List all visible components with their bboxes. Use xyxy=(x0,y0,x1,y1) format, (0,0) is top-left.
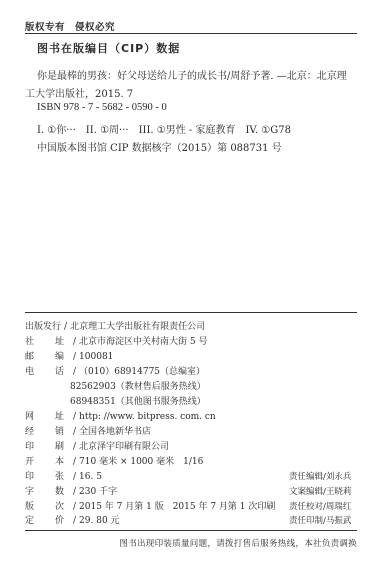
imprint-row-sheets: 印张/16. 5 xyxy=(25,470,102,484)
cip-title: 图书在版编目（CIP）数据 xyxy=(37,40,180,56)
imprint-row-publisher: 出版发行/北京理工大学出版社有限责任公司 xyxy=(25,320,205,334)
imprint-row-edition: 版次/2015 年 7 月第 1 版 2015 年 7 月第 1 次印刷 xyxy=(25,500,275,514)
credit-responsible-editor: 责任编辑/刘永兵 xyxy=(289,470,351,484)
piracy-warning-text: 侵权必究 xyxy=(75,22,115,33)
credit-print-supervisor: 责任印制/马振武 xyxy=(289,514,351,528)
imprint-divider-top xyxy=(25,312,357,313)
imprint-row-address: 社址/北京市海淀区中关村南大街 5 号 xyxy=(25,335,208,349)
copyright-notice: 版权专有侵权必究 xyxy=(25,19,115,33)
imprint-divider-bottom xyxy=(25,530,357,531)
row-value: 2015 年 7 月第 1 版 2015 年 7 月第 1 次印刷 xyxy=(79,502,275,512)
imprint-row-price: 定价/29. 80 元 xyxy=(25,514,120,528)
row-value: http: //www. bitpress. com. cn xyxy=(79,412,216,422)
row-value: 北京泽宇印刷有限公司 xyxy=(79,442,169,452)
row-value: 68948351（其他图书服务热线） xyxy=(25,395,206,409)
row-value: 北京市海淀区中关村南大街 5 号 xyxy=(79,337,207,347)
row-label: 出版发行 xyxy=(25,322,61,332)
row-value: 北京理工大学出版社有限责任公司 xyxy=(70,322,205,332)
row-value: 100081 xyxy=(79,352,113,362)
isbn: ISBN 978 - 7 - 5682 - 0590 - 0 xyxy=(37,102,167,113)
cip-record-line-1: 你是最棒的男孩：好父母送给儿子的成长书/周舒予著. —北京：北京理 xyxy=(37,67,347,82)
row-value: 82562903（教材售后服务热线） xyxy=(25,380,206,394)
imprint-row-website: 网址/http: //www. bitpress. com. cn xyxy=(25,410,216,424)
cip-record-line-2: 工大学出版社，2015. 7 xyxy=(25,85,133,100)
imprint-row-phone: 电话/（010）68914775（总编室） xyxy=(25,365,205,379)
credit-proofreader: 责任校对/周瑞红 xyxy=(289,500,351,514)
row-value: （010）68914775（总编室） xyxy=(79,367,205,377)
quality-notice: 图书出现印装质量问题，请拨打售后服务热线，本社负责调换 xyxy=(119,537,357,549)
imprint-row-word-count: 字数/230 千字 xyxy=(25,485,117,499)
header-divider xyxy=(25,33,357,34)
row-value: 全国各地新华书店 xyxy=(79,427,151,437)
row-value: 230 千字 xyxy=(79,487,117,497)
cip-number: 中国版本图书馆 CIP 数据核字（2015）第 088731 号 xyxy=(37,139,282,154)
row-value: 710 毫米 × 1000 毫米 1/16 xyxy=(79,457,203,467)
cip-classification: I. ①你··· II. ①周··· III. ①男性 - 家庭教育 IV. ①… xyxy=(37,121,291,136)
row-value: 29. 80 元 xyxy=(79,516,120,526)
credit-copy-editor: 文案编辑/王晓莉 xyxy=(289,485,351,499)
imprint-row-printer: 印刷/北京泽宇印刷有限公司 xyxy=(25,440,169,454)
imprint-row-phone-2: 82562903（教材售后服务热线） xyxy=(25,380,206,394)
rights-reserved-text: 版权专有 xyxy=(25,22,65,33)
imprint-row-format: 开本/710 毫米 × 1000 毫米 1/16 xyxy=(25,455,203,469)
imprint-row-postcode: 邮编/100081 xyxy=(25,350,113,364)
row-value: 16. 5 xyxy=(79,472,102,482)
imprint-row-phone-3: 68948351（其他图书服务热线） xyxy=(25,395,206,409)
imprint-row-distributor: 经销/全国各地新华书店 xyxy=(25,425,151,439)
